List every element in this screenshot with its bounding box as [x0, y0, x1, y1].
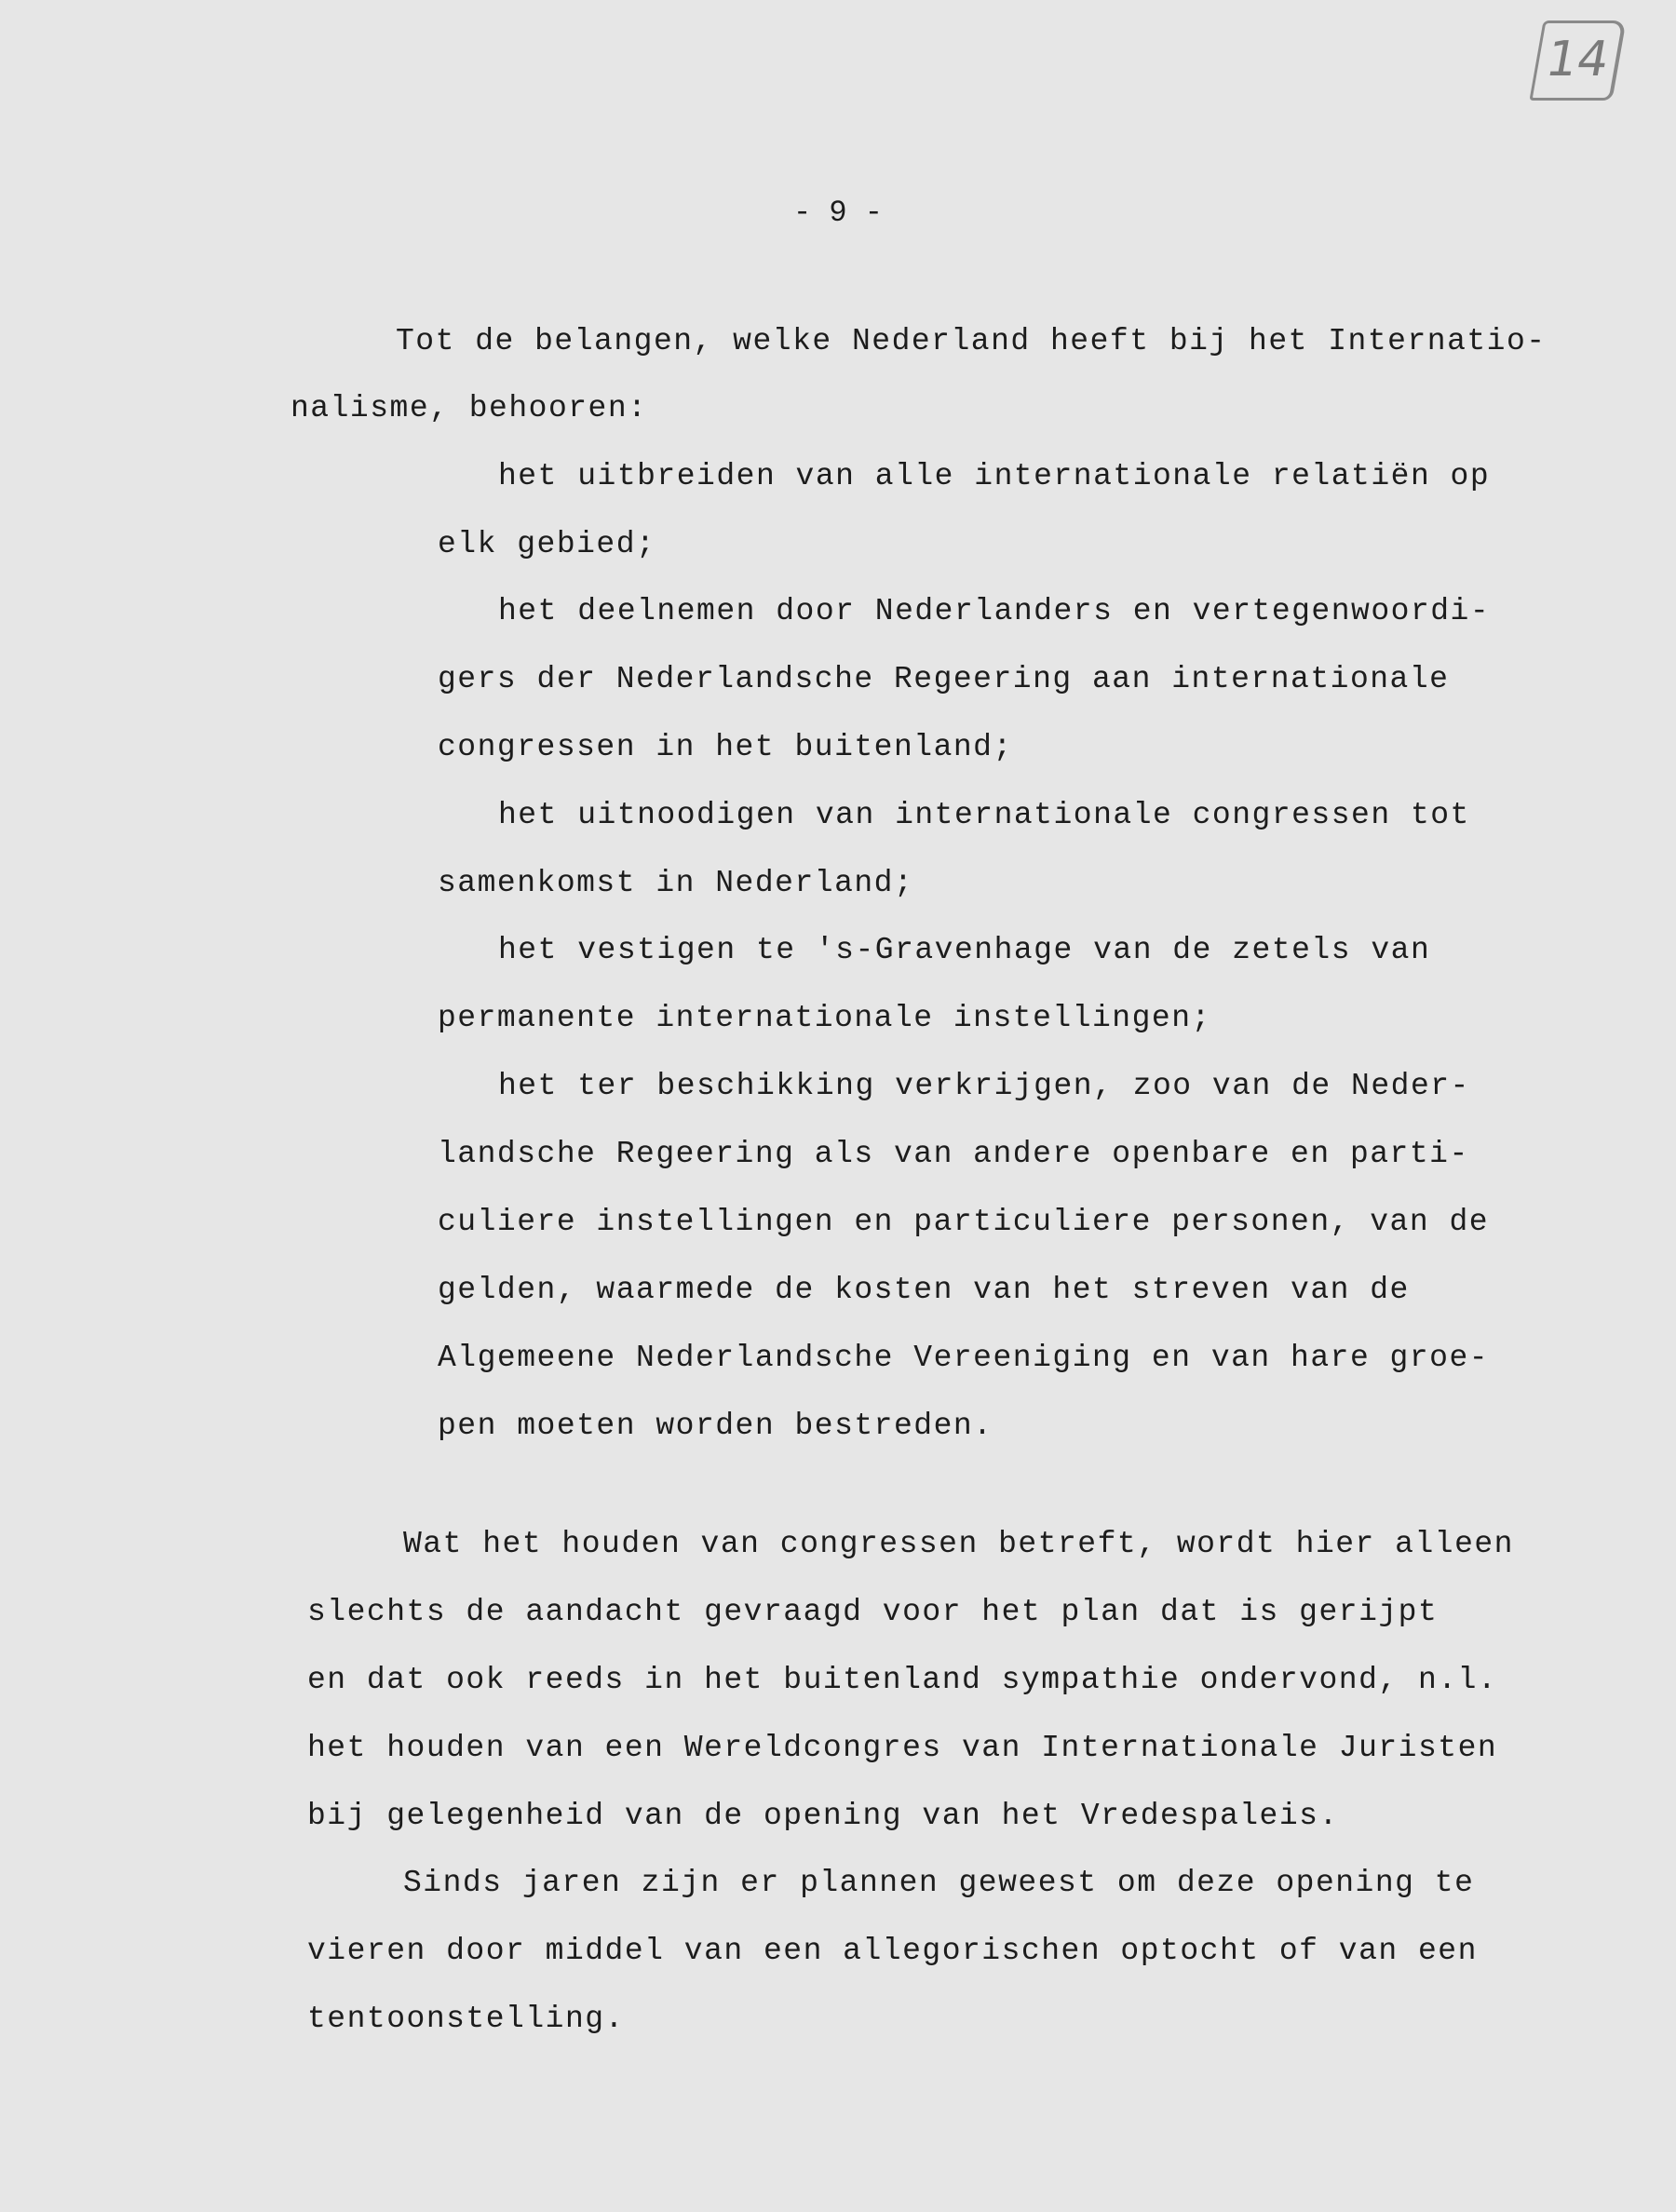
- list-item-line: Algemeene Nederlandsche Vereeniging en v…: [438, 1341, 1489, 1375]
- paragraph-2-line: Wat het houden van congressen betreft, w…: [403, 1527, 1514, 1561]
- handwritten-page-annotation: 14: [1529, 20, 1626, 101]
- paragraph-2-line: en dat ook reeds in het buitenland sympa…: [307, 1663, 1497, 1697]
- list-item-line: congressen in het buitenland;: [438, 730, 1013, 764]
- paragraph-3-line: Sinds jaren zijn er plannen geweest om d…: [403, 1866, 1474, 1900]
- paragraph-1-line: nalisme, behooren:: [291, 391, 647, 425]
- list-item-line: gers der Nederlandsche Regeering aan int…: [438, 662, 1449, 696]
- paragraph-2-line: bij gelegenheid van de opening van het V…: [307, 1799, 1339, 1833]
- list-item-line: culiere instellingen en particuliere per…: [438, 1205, 1489, 1239]
- paragraph-3-line: vieren door middel van een allegorischen…: [307, 1934, 1478, 1968]
- list-item-line: pen moeten worden bestreden.: [438, 1409, 993, 1443]
- list-item-line: het uitbreiden van alle internationale r…: [498, 459, 1490, 493]
- paragraph-3-line: tentoonstelling.: [307, 2002, 625, 2036]
- paragraph-1-line: Tot de belangen, welke Nederland heeft b…: [396, 324, 1547, 358]
- list-item-line: het vestigen te 's-Gravenhage van de zet…: [498, 933, 1430, 967]
- page-number: - 9 -: [0, 196, 1676, 230]
- list-item-line: permanente internationale instellingen;: [438, 1001, 1211, 1035]
- list-item-line: samenkomst in Nederland;: [438, 866, 913, 900]
- list-item-line: het ter beschikking verkrijgen, zoo van …: [498, 1069, 1470, 1103]
- list-item-line: het uitnoodigen van internationale congr…: [498, 798, 1470, 832]
- list-item-line: het deelnemen door Nederlanders en verte…: [498, 594, 1490, 628]
- list-item-line: gelden, waarmede de kosten van het strev…: [438, 1273, 1410, 1307]
- list-item-line: landsche Regeering als van andere openba…: [438, 1137, 1469, 1171]
- paragraph-2-line: slechts de aandacht gevraagd voor het pl…: [307, 1595, 1438, 1629]
- paragraph-2-line: het houden van een Wereldcongres van Int…: [307, 1731, 1497, 1765]
- list-item-line: elk gebied;: [438, 527, 656, 561]
